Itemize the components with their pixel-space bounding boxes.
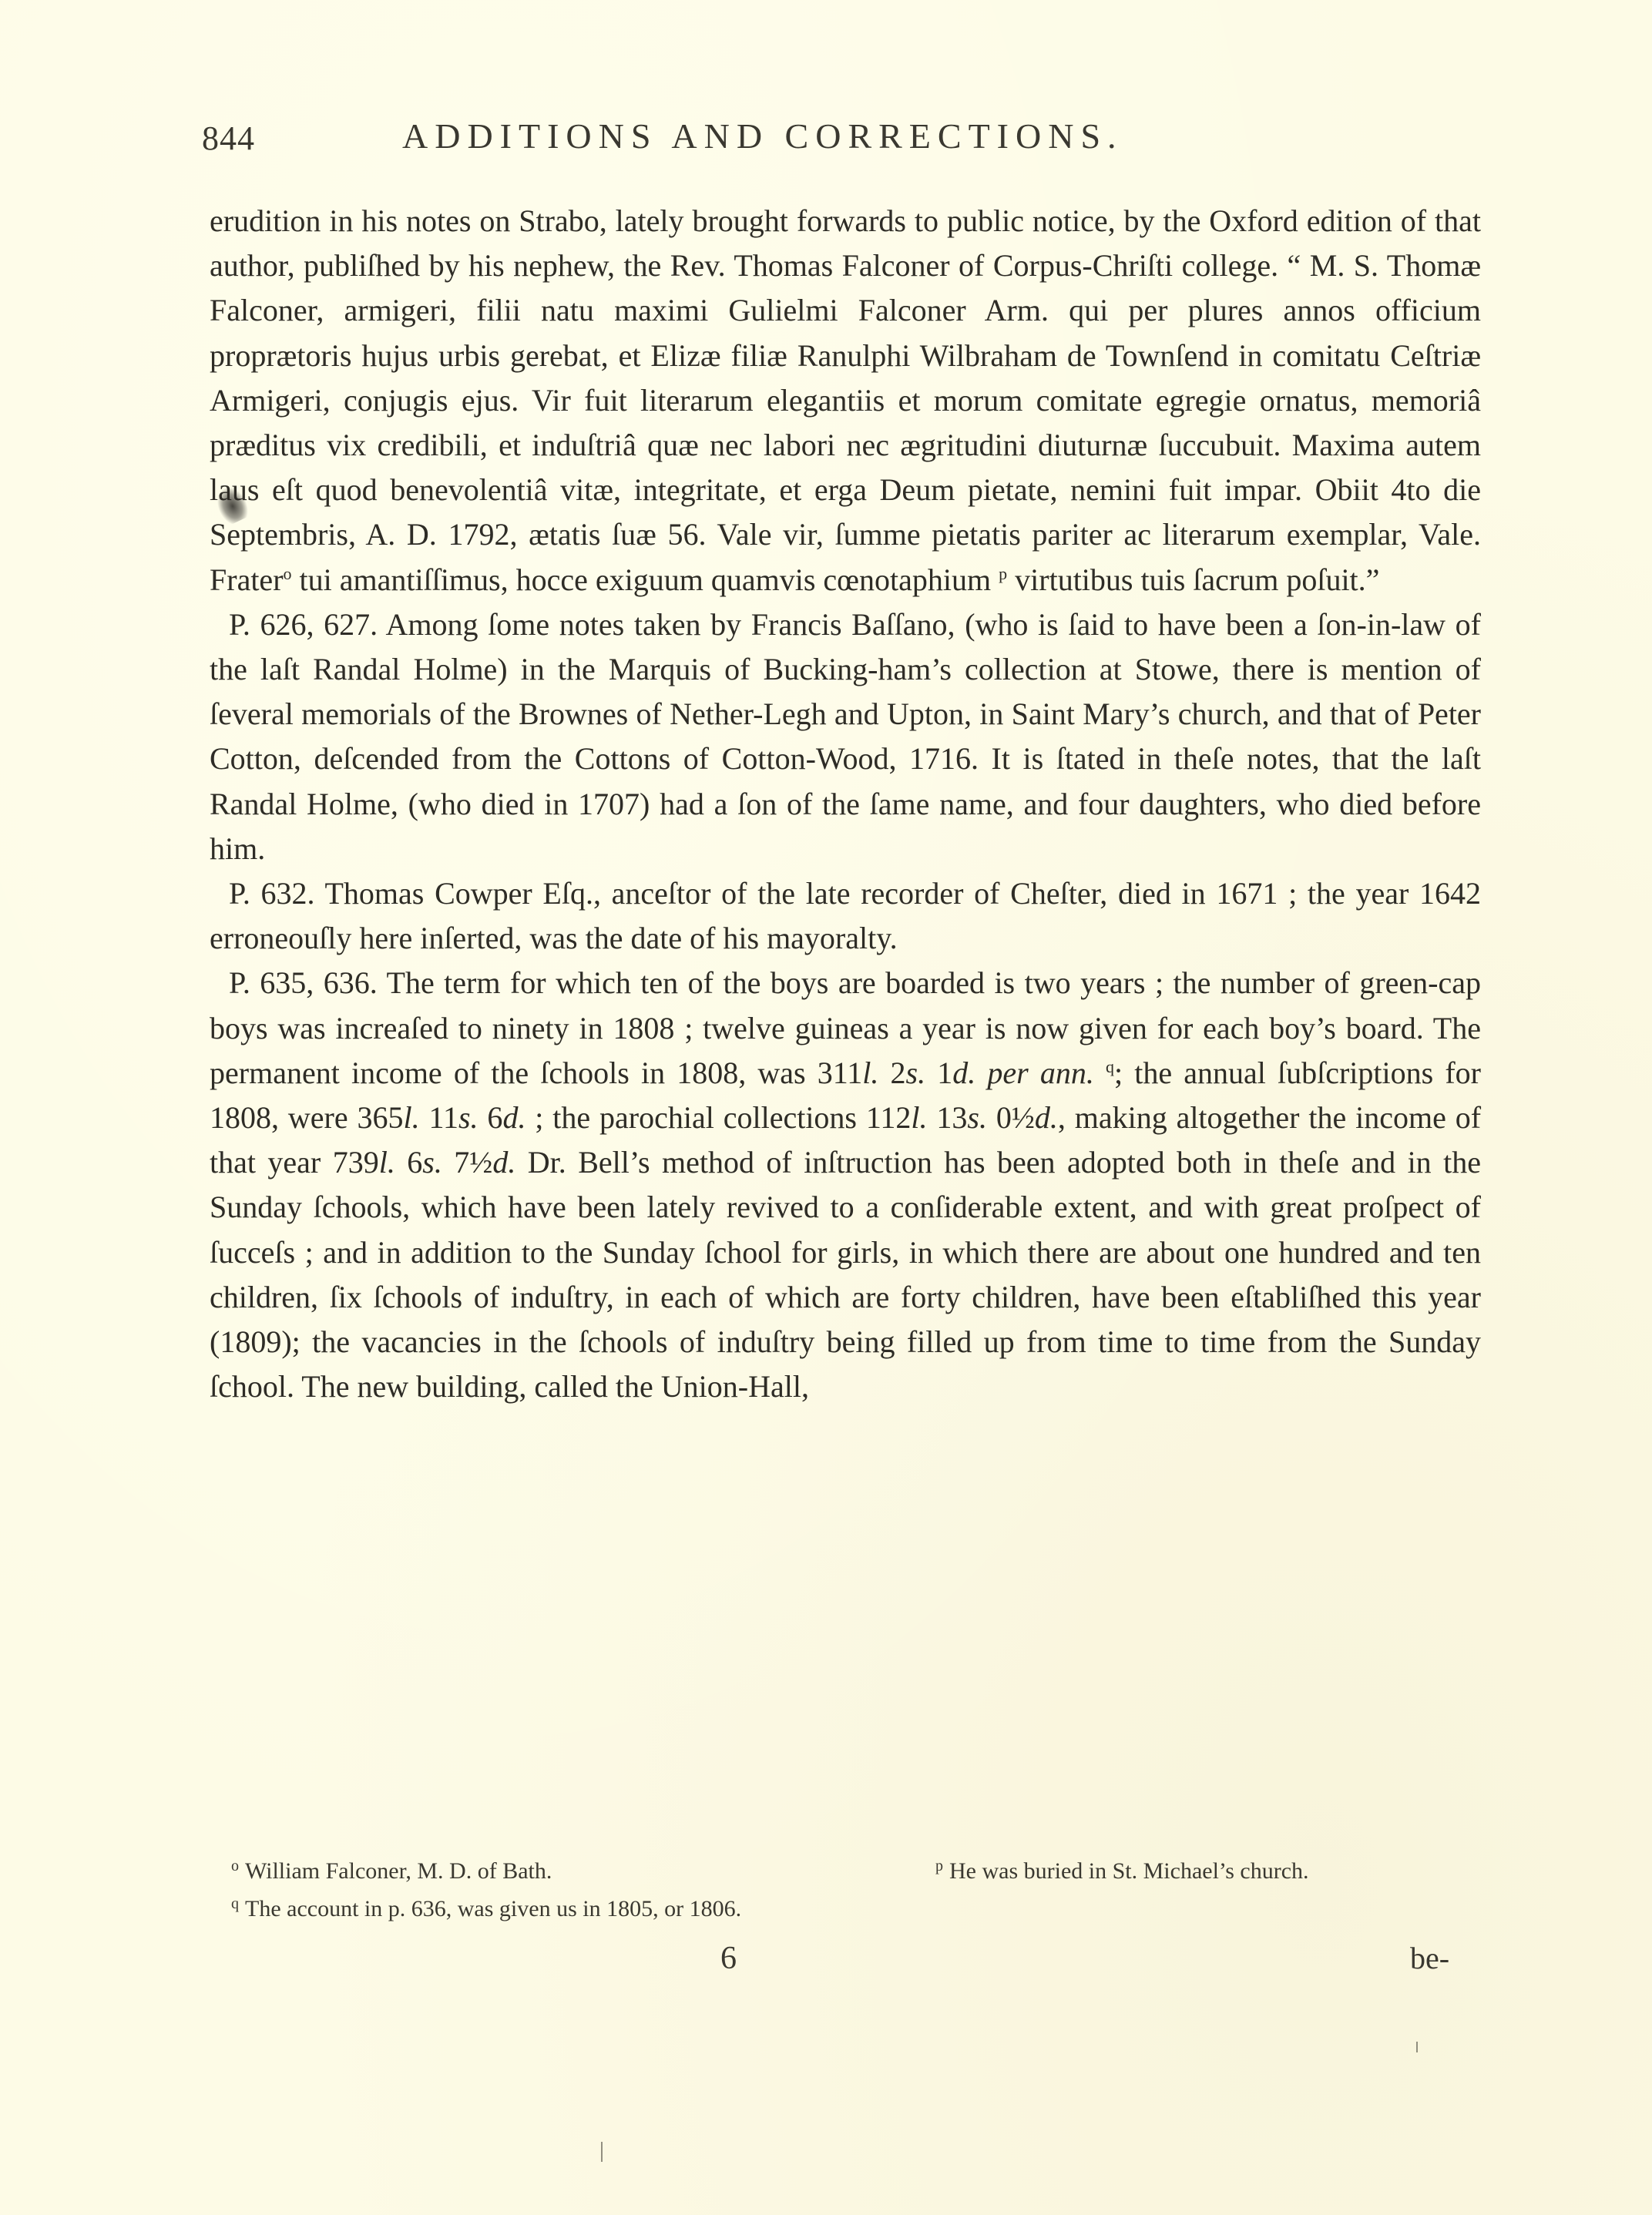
footnote-mark: o: [231, 1858, 239, 1874]
text-run: virtutibus tuis ſacrum poſuit.”: [1007, 562, 1379, 597]
italic-text: s.: [458, 1100, 478, 1135]
signature-mark: 6: [720, 1940, 737, 1977]
footnote-p: pHe was buried in St. Michael’s church.: [935, 1848, 1309, 1890]
text-run: 6: [478, 1100, 503, 1135]
italic-text: l.: [911, 1100, 927, 1135]
stray-mark: [601, 2142, 603, 2162]
text-run: 6: [395, 1145, 422, 1180]
italic-text: s.: [906, 1055, 926, 1090]
text-run: 0½: [987, 1100, 1035, 1135]
text-run: 7½: [442, 1145, 492, 1180]
italic-text: d.: [502, 1100, 525, 1135]
text-run: 2: [878, 1055, 905, 1090]
italic-text: l.: [862, 1055, 878, 1090]
text-run: P. 632. Thomas Cowper Eſq., anceſtor of …: [210, 876, 1481, 955]
footnote-reference: p: [999, 564, 1007, 583]
paragraph: P. 632. Thomas Cowper Eſq., anceſtor of …: [210, 871, 1481, 961]
footnote-o: oWilliam Falconer, M. D. of Bath.: [231, 1848, 552, 1890]
text-run: tui amantiſſimus, hocce exiguum quamvis …: [292, 562, 999, 597]
paragraph: P. 635, 636. The term for which ten of t…: [210, 961, 1481, 1409]
italic-text: d. per ann.: [952, 1055, 1094, 1090]
footnote-reference: q: [1106, 1057, 1114, 1076]
page-number: 844: [202, 119, 255, 158]
running-head-title: ADDITIONS AND CORRECTIONS.: [402, 116, 1123, 156]
footnote-reference: o: [284, 564, 292, 583]
text-run: Dr. Bell’s method of inſtruction has bee…: [210, 1145, 1481, 1404]
catchword: be-: [1410, 1940, 1449, 1976]
footnote-text: William Falconer, M. D. of Bath.: [245, 1858, 552, 1884]
footnote-text: The account in p. 636, was given us in 1…: [245, 1896, 741, 1921]
text-run: ; the parochial collections 112: [525, 1100, 911, 1135]
footnote-q: qThe account in p. 636, was given us in …: [231, 1885, 741, 1928]
footnote-row: oWilliam Falconer, M. D. of Bath. pHe wa…: [231, 1848, 1479, 1885]
body-text: erudition in his notes on Strabo, lately…: [210, 199, 1481, 1409]
italic-text: l.: [379, 1145, 395, 1180]
paragraph: erudition in his notes on Strabo, lately…: [210, 199, 1481, 602]
footnote-text: He was buried in St. Michael’s church.: [949, 1858, 1309, 1884]
footnote-row: qThe account in p. 636, was given us in …: [231, 1885, 1479, 1923]
footnote-mark: q: [231, 1895, 239, 1912]
footnotes: oWilliam Falconer, M. D. of Bath. pHe wa…: [231, 1848, 1479, 1923]
text-run: 11: [420, 1100, 458, 1135]
italic-text: l.: [403, 1100, 419, 1135]
italic-text: s.: [422, 1145, 442, 1180]
book-page: 844 ADDITIONS AND CORRECTIONS. erudition…: [0, 0, 1652, 2215]
italic-text: d.: [1035, 1100, 1058, 1135]
footnote-mark: p: [935, 1858, 943, 1874]
stray-mark: [1416, 2042, 1418, 2052]
italic-text: s.: [967, 1100, 987, 1135]
running-head: 844 ADDITIONS AND CORRECTIONS.: [202, 116, 1496, 169]
text-run: [1094, 1055, 1106, 1090]
paragraph: P. 626, 627. Among ſome notes taken by F…: [210, 602, 1481, 871]
text-run: 13: [928, 1100, 968, 1135]
text-run: P. 626, 627. Among ſome notes taken by F…: [210, 607, 1481, 866]
italic-text: d.: [492, 1145, 515, 1180]
text-run: erudition in his notes on Strabo, lately…: [210, 203, 1481, 597]
text-run: 1: [925, 1055, 952, 1090]
